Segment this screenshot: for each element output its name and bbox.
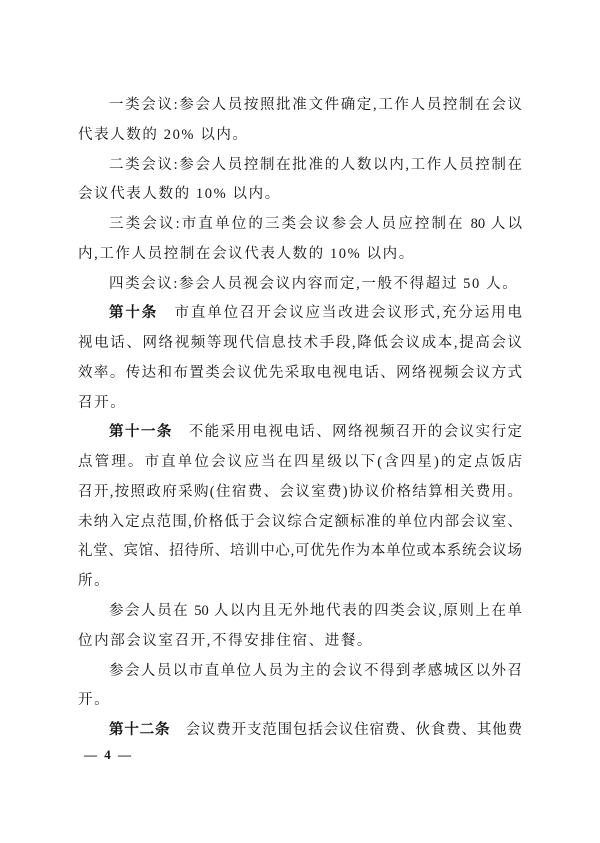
page-number: — 4 — [84, 747, 133, 763]
text-line-12: 第十一条 不能采用电视电话、网络视频召开的会议实行定 [78, 418, 522, 448]
article-heading: 第十二条 [109, 722, 170, 738]
text-line-9: 视电话、网络视频等现代信息技术手段,降低会议成本,提高会议 [78, 329, 522, 359]
article-heading: 第十一条 [109, 424, 173, 440]
text-line-1: 一类会议:参会人员按照批准文件确定,工作人员控制在会议 [78, 91, 522, 121]
text-line-15: 未纳入定点范围,价格低于会议综合定额标准的单位内部会议室、 [78, 508, 522, 538]
text-line-16: 礼堂、宾馆、招待所、培训中心,可优先作为本单位或本系统会议场 [78, 537, 522, 567]
text-line-14: 召开,按照政府采购(住宿费、会议室费)协议价格结算相关费用。 [78, 478, 522, 508]
text-line-6: 内,工作人员控制在会议代表人数的 10% 以内。 [78, 240, 522, 270]
body-text: 一类会议:参会人员按照批准文件确定,工作人员控制在会议代表人数的 20% 以内。… [78, 91, 522, 746]
text-line-20: 参会人员以市直单位人员为主的会议不得到孝感城区以外召 [78, 657, 522, 687]
article-heading: 第十条 [109, 305, 158, 321]
text-line-3: 二类会议:参会人员控制在批准的人数以内,工作人员控制在 [78, 151, 522, 181]
text-line-4: 会议代表人数的 10% 以内。 [78, 180, 522, 210]
text-line-17: 所。 [78, 567, 522, 597]
text-line-13: 点管理。市直单位会议应当在四星级以下(含四星)的定点饭店 [78, 448, 522, 478]
text-line-22: 第十二条 会议费开支范围包括会议住宿费、伙食费、其他费 [78, 716, 522, 746]
text-line-19: 位内部会议室召开,不得安排住宿、进餐。 [78, 627, 522, 657]
text-line-2: 代表人数的 20% 以内。 [78, 121, 522, 151]
text-line-11: 召开。 [78, 389, 522, 419]
text-line-7: 四类会议:参会人员视会议内容而定,一般不得超过 50 人。 [78, 270, 522, 300]
text-line-8: 第十条 市直单位召开会议应当改进会议形式,充分运用电 [78, 299, 522, 329]
text-line-18: 参会人员在 50 人以内且无外地代表的四类会议,原则上在单 [78, 597, 522, 627]
text-line-5: 三类会议:市直单位的三类会议参会人员应控制在 80 人以 [78, 210, 522, 240]
text-line-21: 开。 [78, 686, 522, 716]
text-line-10: 效率。传达和布置类会议优先采取电视电话、网络视频会议方式 [78, 359, 522, 389]
document-page: 一类会议:参会人员按照批准文件确定,工作人员控制在会议代表人数的 20% 以内。… [0, 0, 600, 843]
